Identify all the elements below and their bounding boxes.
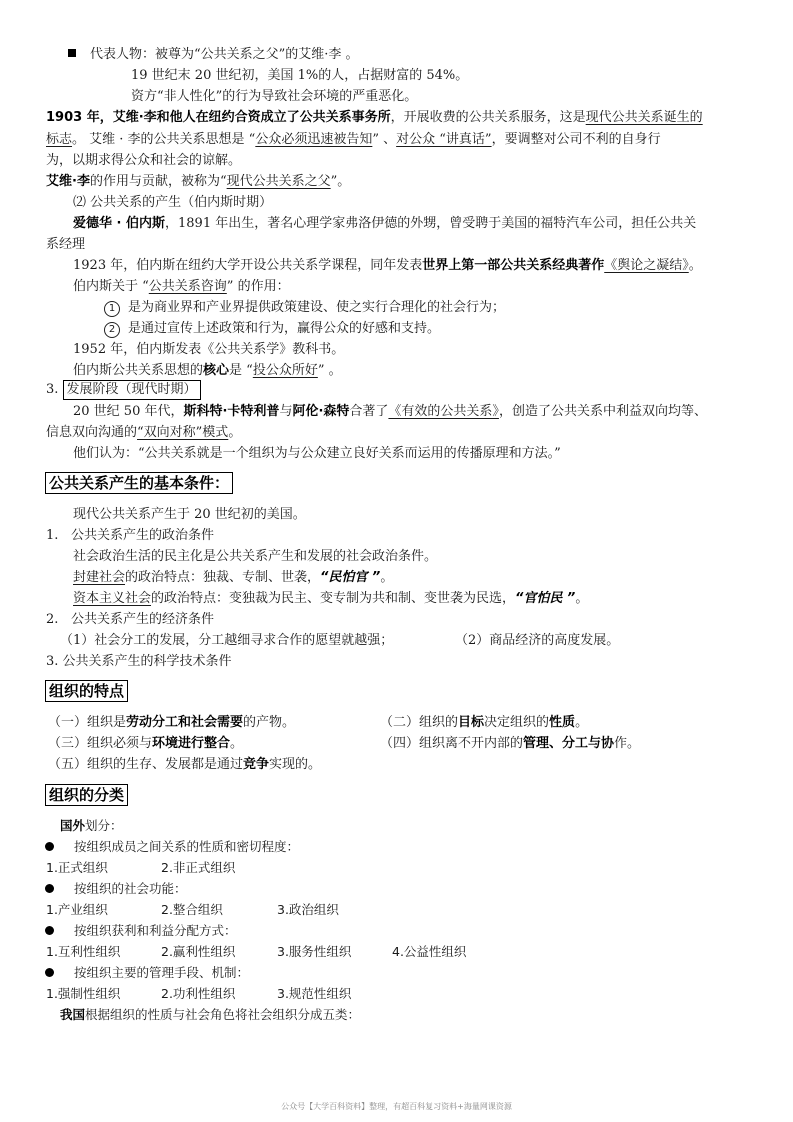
type-item: 3.服务性组织 [277,942,351,962]
feature-1: （一）组织是劳动分工和社会需要的产物。 [48,713,295,733]
type-item: 2.功利性组织 [161,984,235,1004]
core-bold: 核心 [203,363,229,378]
cond-title: 公共关系产生的政治条件 [71,528,214,543]
stage3-text: 20 世纪 50 年代， [73,404,183,419]
type-item: 1.互利性组织 [46,942,120,962]
feature-bold: 劳动分工和社会需要 [126,715,243,730]
foreign-bold: 国外 [60,818,85,833]
feature-text: （四）组织离不开内部的 [380,736,523,751]
china-division: 我国根据组织的性质与社会角色将社会组织分成五类： [60,1005,360,1025]
feudal-bold-italic: “民怕官 ” [320,570,380,585]
stage3-para-line-2: 信息双向沟通的“双向对称”模式。 [46,423,241,443]
feature-text: （二）组织的 [380,715,458,730]
feature-5: （五）组织的生存、发展都是通过竞争实现的。 [48,755,321,775]
consult-point-2: 2是通过宣传上述政策和行为，赢得公众的好感和支持。 [104,319,440,339]
circled-number-2: 2 [104,322,120,338]
conditions-heading: 公共关系产生的基本条件： [45,472,233,494]
cond-number: 1. [46,526,71,546]
consult-point-1: 1是为商业界和产业界提供政策建设、使之实行合理化的社会行为； [104,298,505,318]
circled-number-1: 1 [104,301,120,317]
feature-4: （四）组织离不开内部的管理、分工与协作。 [380,734,640,754]
representative-line: 代表人物：被尊为“公共关系之父”的艾维·李 。 [68,45,359,65]
type-item: 2.整合组织 [161,900,223,920]
foreign-division: 国外划分： [60,816,123,836]
type-item: 2.非正式组织 [161,858,235,878]
core-underline: 投公众所好 [253,363,318,378]
stage3-text: 信息双向沟通的 [46,425,137,440]
lee-text: ，要调整对公司不利的自身行 [492,132,661,147]
capitalist-line: 资本主义社会的政治特点：变独裁为民主、变专制为共和制、变世袭为民选，“官怕民 ”… [73,589,588,609]
bernays-bio-line-1: 爱德华 · 伯内斯，1891 年出生，著名心理学家弗洛伊德的外甥，曾受聘于美国的… [73,214,696,234]
type-item: 1.强制性组织 [46,984,120,1004]
feature-text: （三）组织必须与 [48,736,152,751]
classification-heading: 组织的分类 [45,784,128,806]
feature-bold: 管理、分工与协 [523,736,614,751]
feature-bold: 性质 [549,715,575,730]
condition-1-desc: 社会政治生活的民主化是公共关系产生和发展的社会政治条件。 [73,547,437,567]
criterion-3: 按组织获利和利益分配方式： [74,921,237,941]
feature-text: 作。 [614,736,640,751]
rep-text: 代表人物：被尊为“公共关系之父”的艾维·李 。 [90,47,359,62]
bernays-name-bold: 爱德华 · 伯内斯 [73,216,165,231]
criterion-2: 按组织的社会功能： [74,879,187,899]
lee-underline-2: 标志 [46,132,72,147]
y1923-end: 。 [689,258,702,273]
feudal-underline: 封建社会 [73,570,125,585]
consult-underline: 公共关系咨询 [149,279,227,294]
fact-line-1: 19 世纪末 20 世纪初，美国 1%的人，占据财富的 54%。 [131,66,468,86]
feature-text: 实现的。 [269,757,321,772]
lee-para-line-1: 1903 年，艾维·李和他人在纽约合资成立了公共关系事务所，开展收费的公共关系服… [46,108,703,128]
square-bullet-icon [68,49,76,57]
model-underline: “双向对称”模式 [137,425,228,440]
core-text-2: 是 “ [229,363,253,378]
center-bold: 阿伦·森特 [292,404,349,419]
condition-3: 3. 公共关系产生的科学技术条件 [46,652,232,672]
document-page: 代表人物：被尊为“公共关系之父”的艾维·李 。 19 世纪末 20 世纪初，美国… [0,0,793,1122]
lee-underline: 现代公共关系诞生的 [586,110,703,125]
stage3-text: 。 [228,425,241,440]
feature-3: （三）组织必须与环境进行整合。 [48,734,243,754]
cond-number: 2. [46,610,71,630]
cond-title: 公共关系产生的经济条件 [71,612,214,627]
condition-1: 1.公共关系产生的政治条件 [46,526,214,546]
fact-line-2: 资方“非人性化”的行为导致社会环境的严重恶化。 [131,87,417,107]
core-end: ” 。 [318,363,342,378]
feature-2: （二）组织的目标决定组织的性质。 [380,713,588,733]
y1923-text: 1923 年，伯内斯在纽约大学开设公共关系学课程，同年发表 [73,258,422,273]
feudal-line: 封建社会的政治特点：独裁、专制、世袭，“民怕官 ”。 [73,568,393,588]
capitalist-end: 。 [575,591,588,606]
stage3-title: 3. 发展阶段（现代时期） [46,380,201,400]
feudal-end: 。 [380,570,393,585]
china-bold: 我国 [60,1007,85,1022]
type-item: 4.公益性组织 [392,942,466,962]
condition-2-b: （2）商品经济的高度发展。 [455,631,619,651]
stage3-text: 与 [279,404,292,419]
role-underline: 现代公共关系之父 [227,174,331,189]
lee-role-line: 艾维·李的作用与贡献，被称为“现代公共关系之父”。 [46,172,350,192]
lee-text: ” 、 [372,132,396,147]
book-title-underline: 《舆论之凝结》 [604,258,689,273]
lee-text: ，开展收费的公共关系服务，这是 [391,110,586,125]
capitalist-underline: 资本主义社会 [73,591,151,606]
bernays-1952-line: 1952 年，伯内斯发表《公共关系学》教科书。 [73,340,344,360]
bernays-core-line: 伯内斯公共关系思想的核心是 “投公众所好” 。 [73,361,342,381]
lee-text: 。 艾维 · 李的公共关系思想是 “ [72,132,255,147]
feature-text: （五）组织的生存、发展都是通过 [48,757,243,772]
bullet-dot-icon [45,926,54,935]
conditions-intro: 现代公共关系产生于 20 世纪初的美国。 [73,505,306,525]
condition-2: 2.公共关系产生的经济条件 [46,610,214,630]
stage3-text: ，创造了公共关系中利益双向均等、 [499,404,707,419]
lee-name-bold: 艾维·李 [46,174,90,189]
bullet-dot-icon [45,842,54,851]
feature-text: 。 [575,715,588,730]
condition-2-a: （1）社会分工的发展，分工越细寻求合作的愿望就越强； [60,631,393,651]
role-text: 的作用与贡献，被称为“ [90,174,227,189]
foreign-text: 划分： [85,818,123,833]
type-item: 1.产业组织 [46,900,108,920]
features-heading: 组织的特点 [45,680,128,702]
bernays-section-title: ⑵ 公共关系的产生（伯内斯时期） [73,193,272,213]
type-item: 1.正式组织 [46,858,108,878]
type-item: 3.政治组织 [277,900,339,920]
cutlip-bold: 斯科特·卡特利普 [183,404,279,419]
china-text: 根据组织的性质与社会角色将社会组织分成五类： [85,1007,360,1022]
capitalist-text: 的政治特点：变独裁为民主、变专制为共和制、变世袭为民选， [151,591,515,606]
type-item: 2.赢利性组织 [161,942,235,962]
lee-underline-4: 对公众 “讲真话” [396,132,491,147]
capitalist-bold-italic: “官怕民 ” [515,591,575,606]
point-text: 是通过宣传上述政策和行为，赢得公众的好感和支持。 [128,321,440,336]
lee-founding-bold: 1903 年，艾维·李和他人在纽约合资成立了公共关系事务所 [46,110,391,125]
criterion-1: 按组织成员之间关系的性质和密切程度： [74,837,299,857]
feature-text: （一）组织是 [48,715,126,730]
feature-text: 决定组织的 [484,715,549,730]
consult-text: 伯内斯关于 “ [73,279,149,294]
feature-bold: 环境进行整合 [152,736,230,751]
consult-end: ” 的作用： [227,279,290,294]
lee-para-line-3: 为，以期求得公众和社会的谅解。 [46,151,241,171]
footer-watermark: 公众号【大学百科资料】整理，有超百科复习资料+海量网课资源 [0,1101,793,1112]
core-text: 伯内斯公共关系思想的 [73,363,203,378]
feature-bold: 目标 [458,715,484,730]
bernays-bio-line-2: 系经理 [46,235,85,255]
book-underline: 《有效的公共关系》 [388,404,499,419]
criterion-4: 按组织主要的管理手段、机制： [74,963,249,983]
feature-bold: 竞争 [243,757,269,772]
bullet-dot-icon [45,884,54,893]
feature-text: 。 [230,736,243,751]
y1923-bold: 世界上第一部公共关系经典著作 [422,258,604,273]
type-item: 3.规范性组织 [277,984,351,1004]
role-end: ”。 [331,174,351,189]
bernays-1923-line: 1923 年，伯内斯在纽约大学开设公共关系学课程，同年发表世界上第一部公共关系经… [73,256,702,276]
stage3-quote: 他们认为：“公共关系就是一个组织为与公众建立良好关系而运用的传播原理和方法。” [73,444,561,464]
bullet-dot-icon [45,968,54,977]
consult-line: 伯内斯关于 “公共关系咨询” 的作用： [73,277,290,297]
point-text: 是为商业界和产业界提供政策建设、使之实行合理化的社会行为； [128,300,505,315]
stage3-para-line-1: 20 世纪 50 年代，斯科特·卡特利普与阿伦·森特合著了《有效的公共关系》，创… [73,402,707,422]
bio-text: ，1891 年出生，著名心理学家弗洛伊德的外甥，曾受聘于美国的福特汽车公司，担任… [165,216,696,231]
stage3-number: 3. [46,382,58,397]
feature-text: 的产物。 [243,715,295,730]
lee-underline-3: 公众必须迅速被告知 [255,132,372,147]
feudal-text: 的政治特点：独裁、专制、世袭， [125,570,320,585]
lee-para-line-2: 标志。 艾维 · 李的公共关系思想是 “公众必须迅速被告知” 、对公众 “讲真话… [46,130,661,150]
stage3-boxed-label: 发展阶段（现代时期） [63,380,201,400]
stage3-text: 合著了 [349,404,388,419]
